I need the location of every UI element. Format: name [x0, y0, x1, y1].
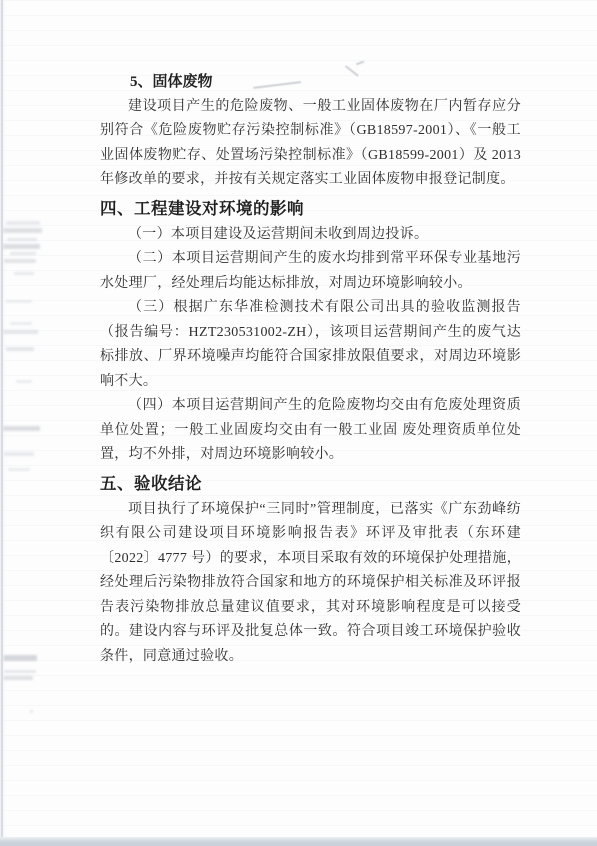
scan-smudge: [10, 252, 36, 255]
heading-conclusion-section: 五、验收结论: [100, 470, 521, 498]
scan-smudge: [6, 221, 40, 225]
paragraph-solid-waste: 建设项目产生的危险废物、一般工业固体废物在厂内暂存应分别符合《危险废物贮存污染控…: [100, 95, 521, 193]
scan-smudge: [4, 670, 36, 673]
scan-smudge: [7, 238, 37, 241]
heading-solid-waste: 5、固体废物: [100, 70, 521, 95]
impact-item-4: （四）本项目运营期间产生的危险废物均交由有危废处理资质单位处置；一般工业固废均交…: [100, 394, 521, 468]
scan-smudge: [8, 468, 30, 471]
scanned-document-page: { "document": { "section_solid_waste": {…: [0, 0, 597, 846]
scan-smudge: [6, 347, 34, 351]
scan-smudge: [10, 322, 32, 325]
impact-item-1: （一）本项目建设及运营期间未收到周边投诉。: [100, 223, 521, 248]
impact-item-2: （二）本项目运营期间产生的废水均排到常平环保专业基地污水处理厂，经处理后均能达标…: [100, 247, 521, 296]
scan-smudge: [3, 676, 33, 680]
scan-smudge: [2, 426, 40, 431]
page-bottom-scan-edge: [0, 837, 597, 846]
impact-item-3: （三）根据广东华准检测技术有限公司出具的验收监测报告（报告编号：HZT23053…: [100, 296, 521, 394]
scan-smudge: [2, 330, 38, 334]
scan-smudge: [4, 259, 36, 263]
page-left-edge-line: [1, 0, 3, 837]
document-page: 5、固体废物 建设项目产生的危险废物、一般工业固体废物在厂内暂存应分别符合《危险…: [0, 0, 597, 846]
paragraph-conclusion: 项目执行了环境保护“三同时”管理制度，已落实《广东劲峰纺织有限公司建设项目环境影…: [100, 498, 521, 670]
scan-smudge: [30, 710, 33, 713]
scan-smudge: [2, 228, 42, 233]
scan-smudge: [6, 300, 32, 303]
scan-smudge: [4, 452, 34, 456]
scan-smudge: [2, 244, 40, 249]
scan-smudge: [16, 380, 32, 383]
heading-impact-section: 四、工程建设对环境的影响: [100, 195, 521, 223]
scan-smudge: [3, 655, 37, 661]
scan-smudge: [14, 272, 34, 275]
